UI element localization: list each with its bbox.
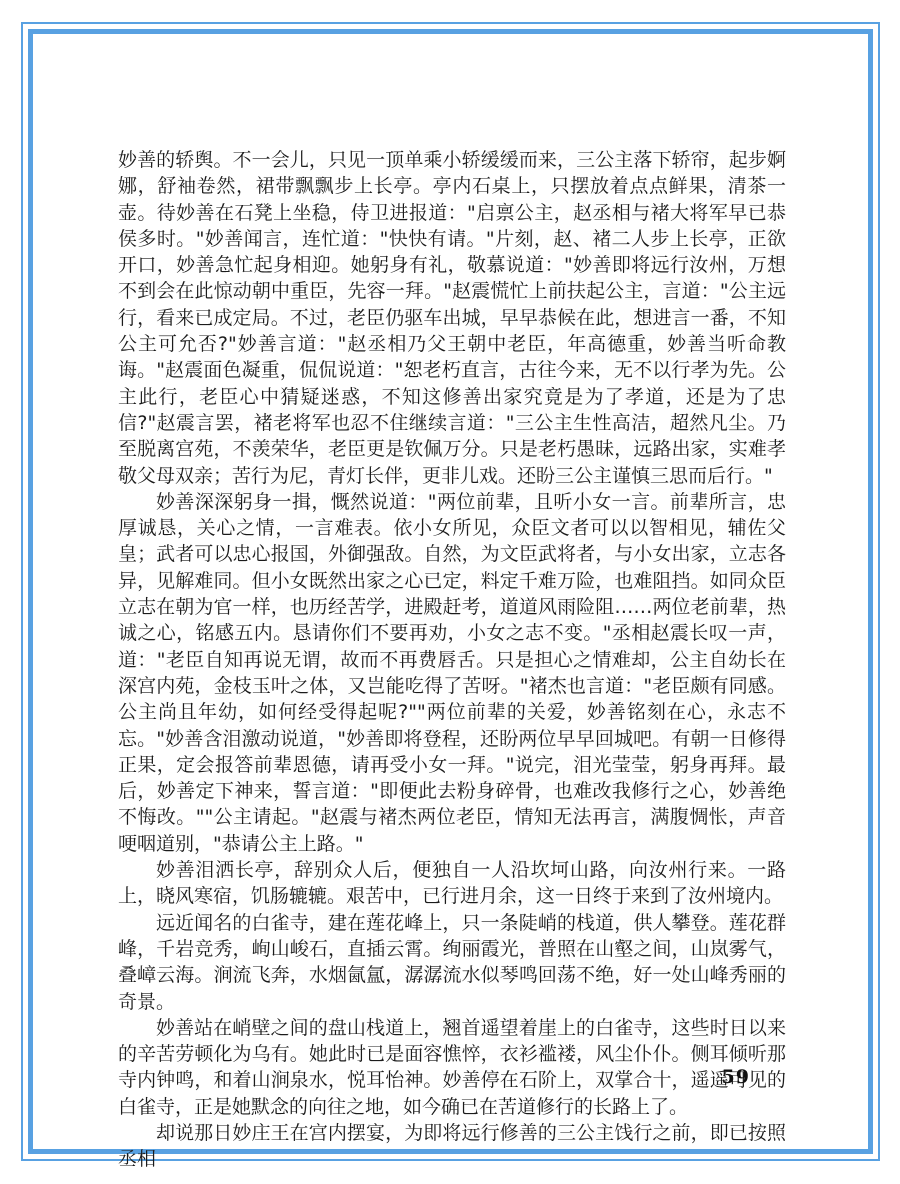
paragraph: 却说那日妙庄王在宫内摆宴，为即将远行修善的三公主饯行之前，即已按照丞相 (118, 1120, 786, 1173)
paragraph: 妙善的轿舆。不一会儿，只见一顶单乘小轿缓缓而来，三公主落下轿帘，起步婀娜，舒袖卷… (118, 147, 786, 489)
page-text: 妙善的轿舆。不一会儿，只见一顶单乘小轿缓缓而来，三公主落下轿帘，起步婀娜，舒袖卷… (118, 147, 786, 1173)
paragraph: 妙善深深躬身一揖，慨然说道："两位前辈，且听小女一言。前辈所言，忠厚诚恳，关心之… (118, 489, 786, 857)
book-page: 妙善的轿舆。不一会儿，只见一顶单乘小轿缓缓而来，三公主落下轿帘，起步婀娜，舒袖卷… (0, 0, 900, 1184)
paragraph: 妙善泪洒长亭，辞别众人后，便独自一人沿坎坷山路，向汝州行来。一路上，晓风寒宿，饥… (118, 857, 786, 910)
page-number: 59 (640, 1066, 750, 1088)
paragraph: 远近闻名的白雀寺，建在莲花峰上，只一条陡峭的栈道，供人攀登。莲花群峰，千岩竞秀，… (118, 910, 786, 1015)
